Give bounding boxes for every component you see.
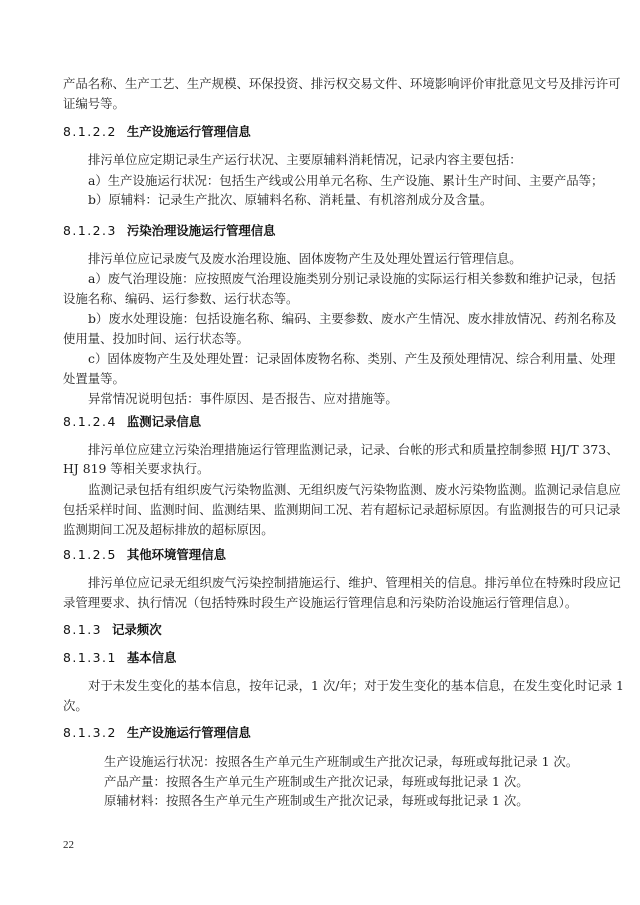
section-number: 8.1.3.1 [63, 650, 117, 665]
section-title: 基本信息 [127, 650, 177, 665]
section-number: 8.1.2.2 [63, 124, 117, 139]
paragraph-line: 包括采样时间、监测时间、监测结果、监测期间工况、若有超标记录超标原因。有监测报告… [63, 503, 578, 517]
paragraph-line: 排污单位应记录无组织废气污染控制措施运行、维护、管理相关的信息。排污单位在特殊时… [88, 576, 578, 590]
paragraph-line: 监测期间工况及超标排放的超标原因。 [63, 523, 274, 537]
section-number: 8.1.3.2 [63, 725, 117, 740]
section-heading-8-1-3: 8.1.3记录频次 [63, 623, 162, 637]
paragraph-line: 次。 [63, 699, 88, 713]
section-title: 污染治理设施运行管理信息 [127, 223, 276, 238]
section-number: 8.1.2.5 [63, 547, 117, 562]
section-title: 生产设施运行管理信息 [127, 124, 251, 139]
section-heading-8-1-3-2: 8.1.3.2生产设施运行管理信息 [63, 726, 251, 740]
paragraph-line: 产品产量：按照各生产单元生产班制或生产批次记录，每班或每批记录 1 次。 [104, 775, 529, 789]
section-number: 8.1.2.4 [63, 414, 117, 429]
section-heading-8-1-2-2: 8.1.2.2生产设施运行管理信息 [63, 125, 251, 139]
section-heading-8-1-3-1: 8.1.3.1基本信息 [63, 651, 176, 665]
section-heading-8-1-2-4: 8.1.2.4监测记录信息 [63, 415, 201, 429]
list-item-a: a）废气治理设施：应按照废气治理设施类别分别记录设施的实际运行相关参数和维护记录… [88, 272, 578, 286]
list-item-b: b）原辅料：记录生产批次、原辅料名称、消耗量、有机溶剂成分及含量。 [88, 193, 492, 207]
document-page: 产品名称、生产工艺、生产规模、环保投资、排污权交易文件、环境影响评价审批意见文号… [0, 0, 640, 905]
page-number: 22 [63, 838, 74, 852]
paragraph-line: 原辅材料：按照各生产单元生产班制或生产批次记录，每班或每批记录 1 次。 [104, 794, 529, 808]
paragraph-line: 处置量等。 [63, 372, 125, 386]
paragraph-line: HJ 819 等相关要求执行。 [63, 462, 209, 476]
paragraph-line: 设施名称、编码、运行参数、运行状态等。 [63, 292, 298, 306]
paragraph-line: 证编号等。 [63, 97, 125, 111]
paragraph-line: 排污单位应记录废气及废水治理设施、固体废物产生及处理处置运行管理信息。 [88, 252, 522, 266]
section-number: 8.1.2.3 [63, 223, 117, 238]
section-title: 其他环境管理信息 [127, 547, 226, 562]
paragraph-line: 排污单位应定期记录生产运行状况、主要原辅料消耗情况，记录内容主要包括： [88, 153, 522, 167]
section-title: 记录频次 [112, 622, 162, 637]
section-heading-8-1-2-5: 8.1.2.5其他环境管理信息 [63, 548, 226, 562]
paragraph-line: 监测记录包括有组织废气污染物监测、无组织废气污染物监测、废水污染物监测。监测记录… [88, 483, 578, 497]
paragraph-line: 录管理要求、执行情况（包括特殊时段生产设施运行管理信息和污染防治设施运行管理信息… [63, 596, 577, 610]
list-item-c: c）固体废物产生及处理处置：记录固体废物名称、类别、产生及预处理情况、综合利用量… [88, 352, 578, 366]
paragraph-line: 产品名称、生产工艺、生产规模、环保投资、排污权交易文件、环境影响评价审批意见文号… [63, 77, 578, 91]
paragraph-line: 使用量、投加时间、运行状态等。 [63, 332, 249, 346]
section-title: 生产设施运行管理信息 [127, 725, 251, 740]
paragraph-line: 生产设施运行状况：按照各生产单元生产班制或生产批次记录，每班或每批记录 1 次。 [104, 755, 578, 769]
list-item-b: b）废水处理设施：包括设施名称、编码、主要参数、废水产生情况、废水排放情况、药剂… [88, 312, 578, 326]
section-title: 监测记录信息 [127, 414, 201, 429]
paragraph-line: 异常情况说明包括：事件原因、是否报告、应对措施等。 [88, 392, 398, 406]
section-number: 8.1.3 [63, 622, 102, 637]
section-heading-8-1-2-3: 8.1.2.3污染治理设施运行管理信息 [63, 224, 276, 238]
paragraph-line: 排污单位应建立污染治理措施运行管理监测记录，记录、台帐的形式和质量控制参照 HJ… [88, 443, 578, 457]
paragraph-line: 对于未发生变化的基本信息，按年记录，1 次/年；对于发生变化的基本信息，在发生变… [88, 679, 578, 693]
list-item-a: a）生产设施运行状况：包括生产线或公用单元名称、生产设施、累计生产时间、主要产品… [88, 174, 603, 188]
